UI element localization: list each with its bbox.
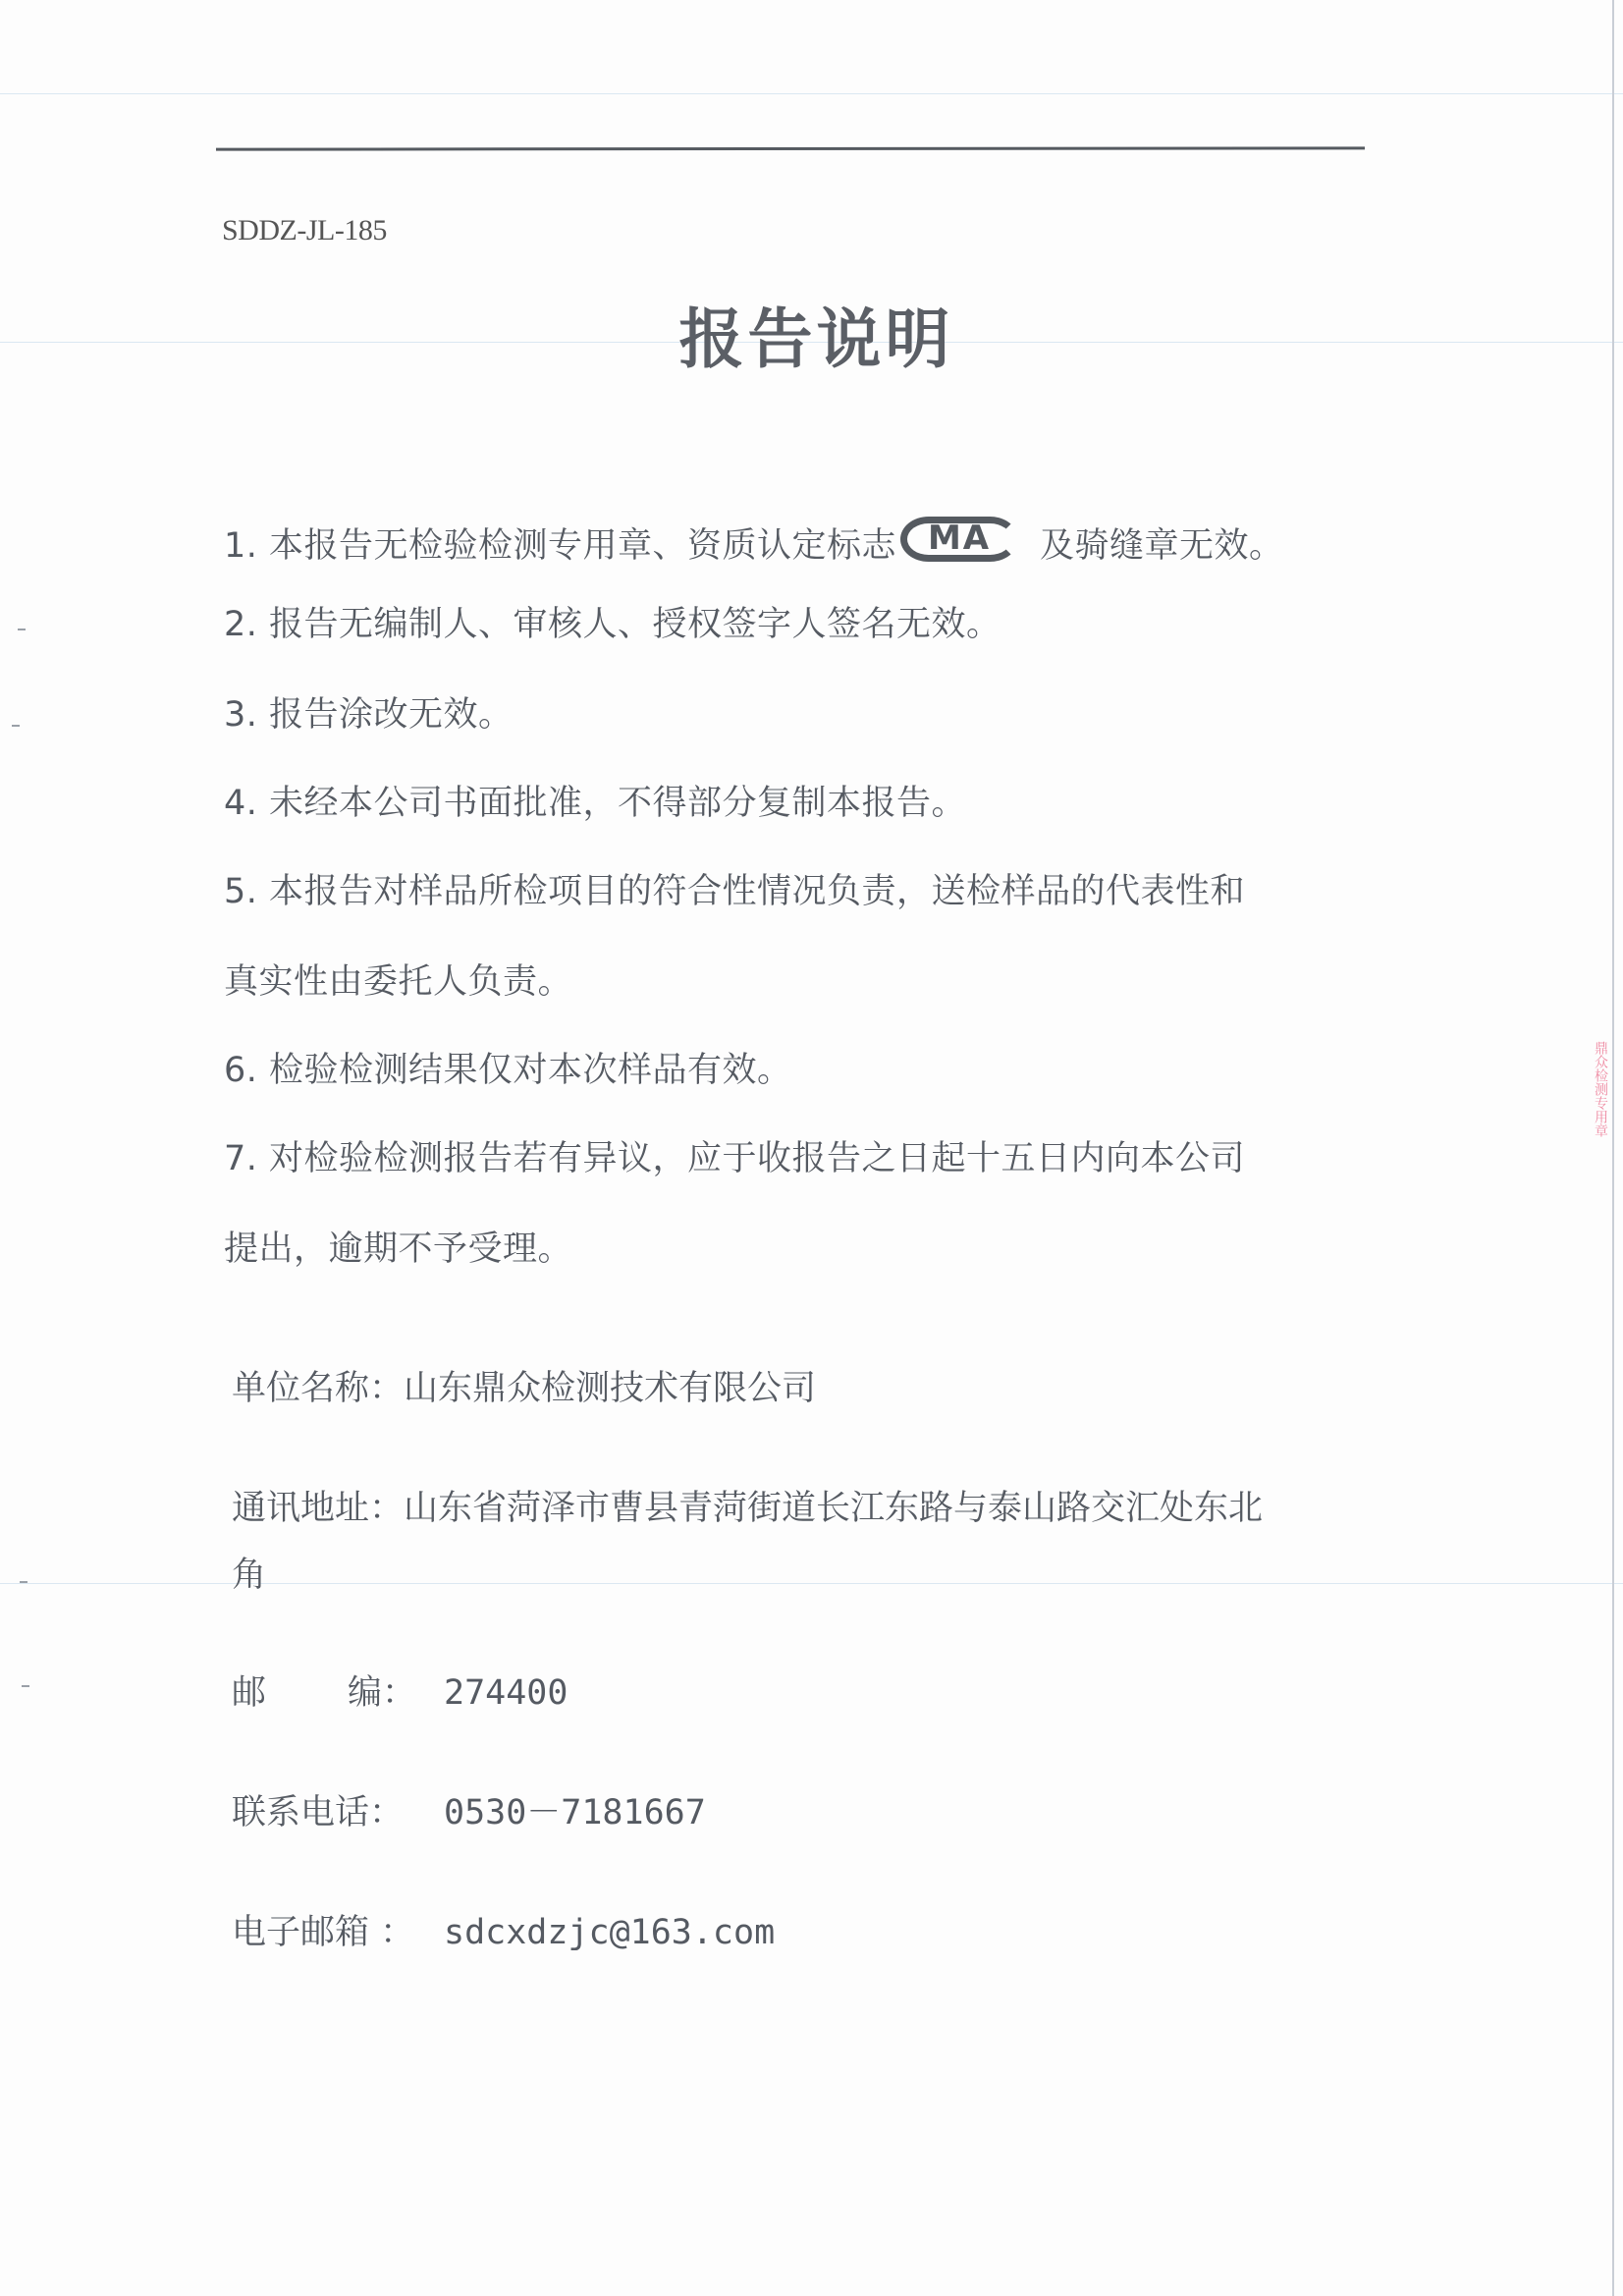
note-7-line-2: 提出，逾期不予受理。 <box>224 1222 572 1271</box>
note-2: 2. 报告无编制人、审核人、授权签字人签名无效。 <box>224 597 1001 646</box>
phone-label: 联系电话： <box>232 1785 444 1834</box>
scan-speck <box>22 1685 29 1687</box>
page-title: 报告说明 <box>0 287 1623 380</box>
email-value[interactable]: sdcxdzjc@163.com <box>444 1913 775 1952</box>
scan-speck <box>20 1581 27 1583</box>
address-line-2: 角 <box>232 1548 266 1597</box>
email-row: 电子邮箱 ：sdcxdzjc@163.com <box>232 1905 775 1954</box>
scan-speck <box>12 725 20 727</box>
scan-line <box>0 93 1623 94</box>
address-label: 通讯地址： <box>232 1489 404 1528</box>
note-1-text-before: 1. 本报告无检验检测专用章、资质认定标志 <box>224 526 896 566</box>
document-code: SDDZ-JL-185 <box>222 214 387 247</box>
unit-name-label: 单位名称： <box>232 1369 404 1408</box>
postcode-value: 274400 <box>444 1673 568 1713</box>
unit-name-row: 单位名称：山东鼎众检测技术有限公司 <box>232 1361 816 1410</box>
address-row: 通讯地址：山东省菏泽市曹县青菏街道长江东路与泰山路交汇处东北 <box>232 1481 1263 1530</box>
note-1: 1. 本报告无检验检测专用章、资质认定标志MA及骑缝章无效。 <box>224 519 1284 570</box>
note-5-line-2: 真实性由委托人负责。 <box>224 955 572 1004</box>
note-7-line-1: 7. 对检验检测报告若有异议，应于收报告之日起十五日内向本公司 <box>224 1131 1245 1180</box>
seam-stamp: 鼎众检测专用章 <box>1600 1041 1612 1277</box>
postcode-label-2: 编： <box>348 1666 444 1715</box>
unit-name-value: 山东鼎众检测技术有限公司 <box>404 1369 816 1408</box>
note-5-line-1: 5. 本报告对样品所检项目的符合性情况负责，送检样品的代表性和 <box>224 864 1245 913</box>
email-label: 电子邮箱 ： <box>232 1905 444 1954</box>
note-3: 3. 报告涂改无效。 <box>224 687 514 737</box>
scan-speck <box>18 629 26 630</box>
cma-logo-icon: MA <box>900 517 1018 562</box>
note-1-text-after: 及骑缝章无效。 <box>1040 526 1284 566</box>
note-4: 4. 未经本公司书面批准，不得部分复制本报告。 <box>224 776 966 825</box>
phone-row: 联系电话：0530－7181667 <box>232 1785 706 1834</box>
note-6: 6. 检验检测结果仅对本次样品有效。 <box>224 1043 792 1092</box>
address-value-line-1: 山东省菏泽市曹县青菏街道长江东路与泰山路交汇处东北 <box>404 1489 1263 1528</box>
postcode-label-1: 邮 <box>232 1666 348 1715</box>
phone-value: 0530－7181667 <box>444 1793 706 1832</box>
postcode-row: 邮编：274400 <box>232 1666 568 1715</box>
header-rule <box>216 146 1365 150</box>
